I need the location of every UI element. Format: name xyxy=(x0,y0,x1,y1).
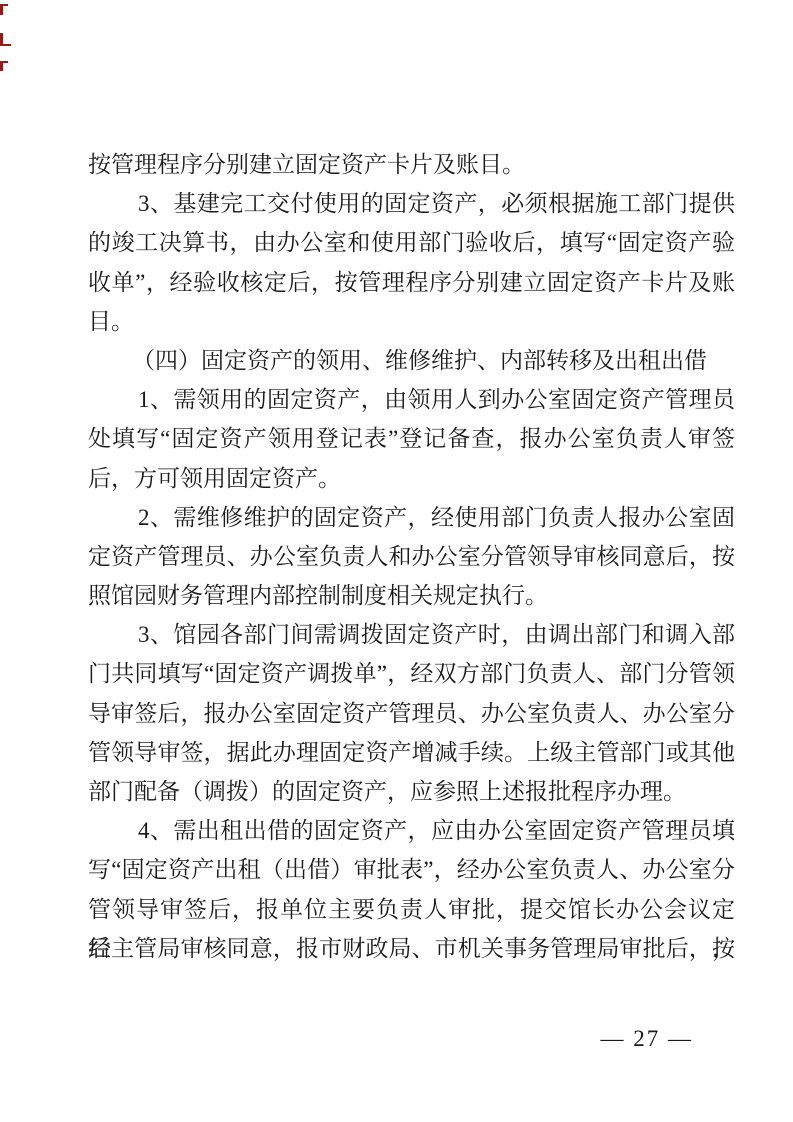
document-page: 按管理程序分别建立固定资产卡片及账目。3、基建完工交付使用的固定资产，必须根据施… xyxy=(0,0,793,1122)
text-line: 处填写“固定资产领用登记表”登记备查，报办公室负责人审签 xyxy=(88,419,735,458)
text-line: 写“固定资产出租（出借）审批表”，经办公室负责人、办公室分 xyxy=(88,850,735,889)
text-line: 导审签后，报办公室固定资产管理员、办公室负责人、办公室分 xyxy=(88,694,735,733)
red-edge-ink-mark xyxy=(0,33,11,46)
text-line: 定资产管理员、办公室负责人和办公室分管领导审核同意后，按 xyxy=(88,537,735,576)
text-line: 目。 xyxy=(88,302,735,341)
page-number-footer: — 27 — xyxy=(88,1026,735,1052)
red-edge-ink-mark xyxy=(0,4,8,15)
text-line: 照馆园财务管理内部控制制度相关规定执行。 xyxy=(88,576,735,615)
section-heading: （四）固定资产的领用、维修维护、内部转移及出租出借 xyxy=(88,341,735,380)
text-line: 1、需领用的固定资产，由领用人到办公室固定资产管理员 xyxy=(88,380,735,419)
text-line: 门共同填写“固定资产调拨单”，经双方部门负责人、部门分管领 xyxy=(88,654,735,693)
text-line: 的竣工决算书，由办公室和使用部门验收后，填写“固定资产验 xyxy=(88,223,735,262)
text-line: 按管理程序分别建立固定资产卡片及账目。 xyxy=(88,145,735,184)
text-line: 管领导审签后，报单位主要负责人审批，提交馆长办公会议定后， xyxy=(88,890,735,929)
text-line: 2、需维修维护的固定资产，经使用部门负责人报办公室固 xyxy=(88,498,735,537)
text-line: 3、基建完工交付使用的固定资产，必须根据施工部门提供 xyxy=(88,184,735,223)
text-line: 收单”，经验收核定后，按管理程序分别建立固定资产卡片及账 xyxy=(88,263,735,302)
document-body: 按管理程序分别建立固定资产卡片及账目。3、基建完工交付使用的固定资产，必须根据施… xyxy=(88,145,735,968)
text-line: 管领导审签，据此办理固定资产增减手续。上级主管部门或其他 xyxy=(88,733,735,772)
red-edge-ink-mark xyxy=(0,61,8,71)
text-line: 3、馆园各部门间需调拨固定资产时，由调出部门和调入部 xyxy=(88,615,735,654)
text-line: 部门配备（调拨）的固定资产，应参照上述报批程序办理。 xyxy=(88,772,735,811)
text-line: 经主管局审核同意，报市财政局、市机关事务管理局审批后，按 xyxy=(88,929,735,968)
text-line: 后，方可领用固定资产。 xyxy=(88,459,735,498)
text-line: 4、需出租出借的固定资产，应由办公室固定资产管理员填 xyxy=(88,811,735,850)
